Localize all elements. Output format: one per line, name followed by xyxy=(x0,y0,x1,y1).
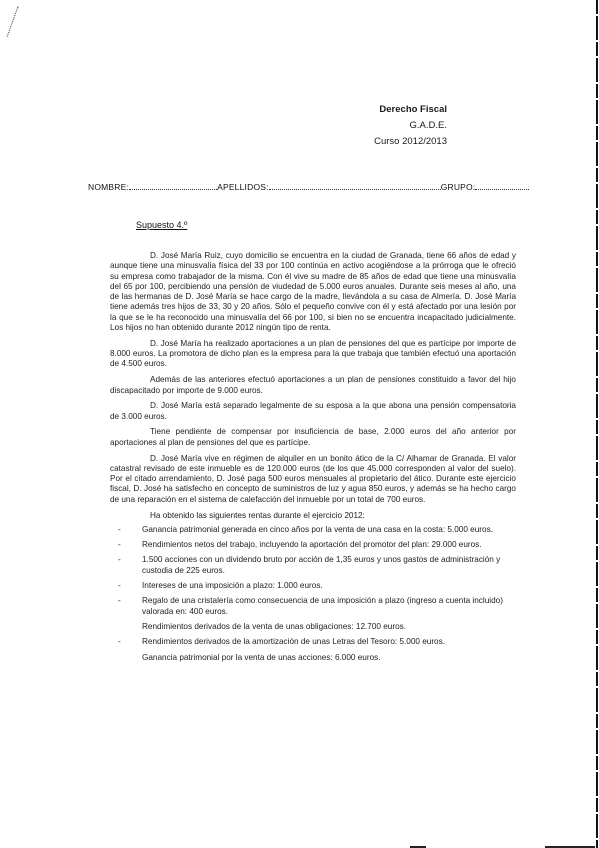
list-item: -Rendimientos derivados de la amortizaci… xyxy=(110,637,516,647)
list-item-text: Regalo de una cristalería como consecuen… xyxy=(142,596,503,615)
income-intro: Ha obtenido las siguientes rentas durant… xyxy=(110,511,516,521)
list-item-text: Rendimientos derivados de la venta de un… xyxy=(142,622,406,631)
course-year: Curso 2012/2013 xyxy=(374,134,447,150)
degree-name: G.A.D.E. xyxy=(374,118,447,134)
paragraph: D. José María Ruiz, cuyo domicilio se en… xyxy=(110,251,516,333)
surname-blank xyxy=(269,181,441,190)
document-page: Derecho Fiscal G.A.D.E. Curso 2012/2013 … xyxy=(0,0,599,848)
list-item-text: Ganancia patrimonial generada en cinco a… xyxy=(142,525,493,534)
list-item-text: Ganancia patrimonial por la venta de una… xyxy=(142,653,381,662)
list-item: Ganancia patrimonial por la venta de una… xyxy=(110,653,516,663)
list-item: -Intereses de una imposición a plazo: 1.… xyxy=(110,581,516,591)
list-item: -1.500 acciones con un dividendo bruto p… xyxy=(110,555,516,576)
group-blank xyxy=(475,181,529,190)
document-header: Derecho Fiscal G.A.D.E. Curso 2012/2013 xyxy=(374,102,447,150)
bullet-dash-icon: - xyxy=(118,525,121,535)
scan-artifact xyxy=(7,6,21,37)
group-label: GRUPO: xyxy=(441,182,476,192)
surname-label: APELLIDOS: xyxy=(217,182,269,192)
bullet-dash-icon: - xyxy=(118,555,121,565)
paragraph: D. José María vive en régimen de alquile… xyxy=(110,454,516,505)
bullet-dash-icon: - xyxy=(118,637,121,647)
exercise-body: D. José María Ruiz, cuyo domicilio se en… xyxy=(110,251,516,668)
scan-edge-border xyxy=(596,0,598,848)
list-item-text: 1.500 acciones con un dividendo bruto po… xyxy=(142,555,500,574)
subject-name: Derecho Fiscal xyxy=(374,102,447,118)
student-form-line: NOMBRE:APELLIDOS:GRUPO: xyxy=(88,181,529,192)
list-item: -Regalo de una cristalería como consecue… xyxy=(110,596,516,617)
bullet-dash-icon: - xyxy=(118,596,121,606)
exercise-title: Supuesto 4.º xyxy=(136,220,187,230)
income-list: -Ganancia patrimonial generada en cinco … xyxy=(110,525,516,663)
list-item: -Ganancia patrimonial generada en cinco … xyxy=(110,525,516,535)
paragraph: D. José María ha realizado aportaciones … xyxy=(110,339,516,370)
paragraph: Además de las anteriores efectuó aportac… xyxy=(110,375,516,396)
name-blank xyxy=(129,181,217,190)
paragraph: D. José María está separado legalmente d… xyxy=(110,401,516,422)
bullet-dash-icon: - xyxy=(118,581,121,591)
bullet-dash-icon: - xyxy=(118,540,121,550)
list-item-text: Intereses de una imposición a plazo: 1.0… xyxy=(142,581,323,590)
paragraph: Tiene pendiente de compensar por insufic… xyxy=(110,427,516,448)
list-item: Rendimientos derivados de la venta de un… xyxy=(110,622,516,632)
list-item-text: Rendimientos netos del trabajo, incluyen… xyxy=(142,540,482,549)
list-item-text: Rendimientos derivados de la amortizació… xyxy=(142,637,445,646)
list-item: -Rendimientos netos del trabajo, incluye… xyxy=(110,540,516,550)
name-label: NOMBRE: xyxy=(88,182,129,192)
